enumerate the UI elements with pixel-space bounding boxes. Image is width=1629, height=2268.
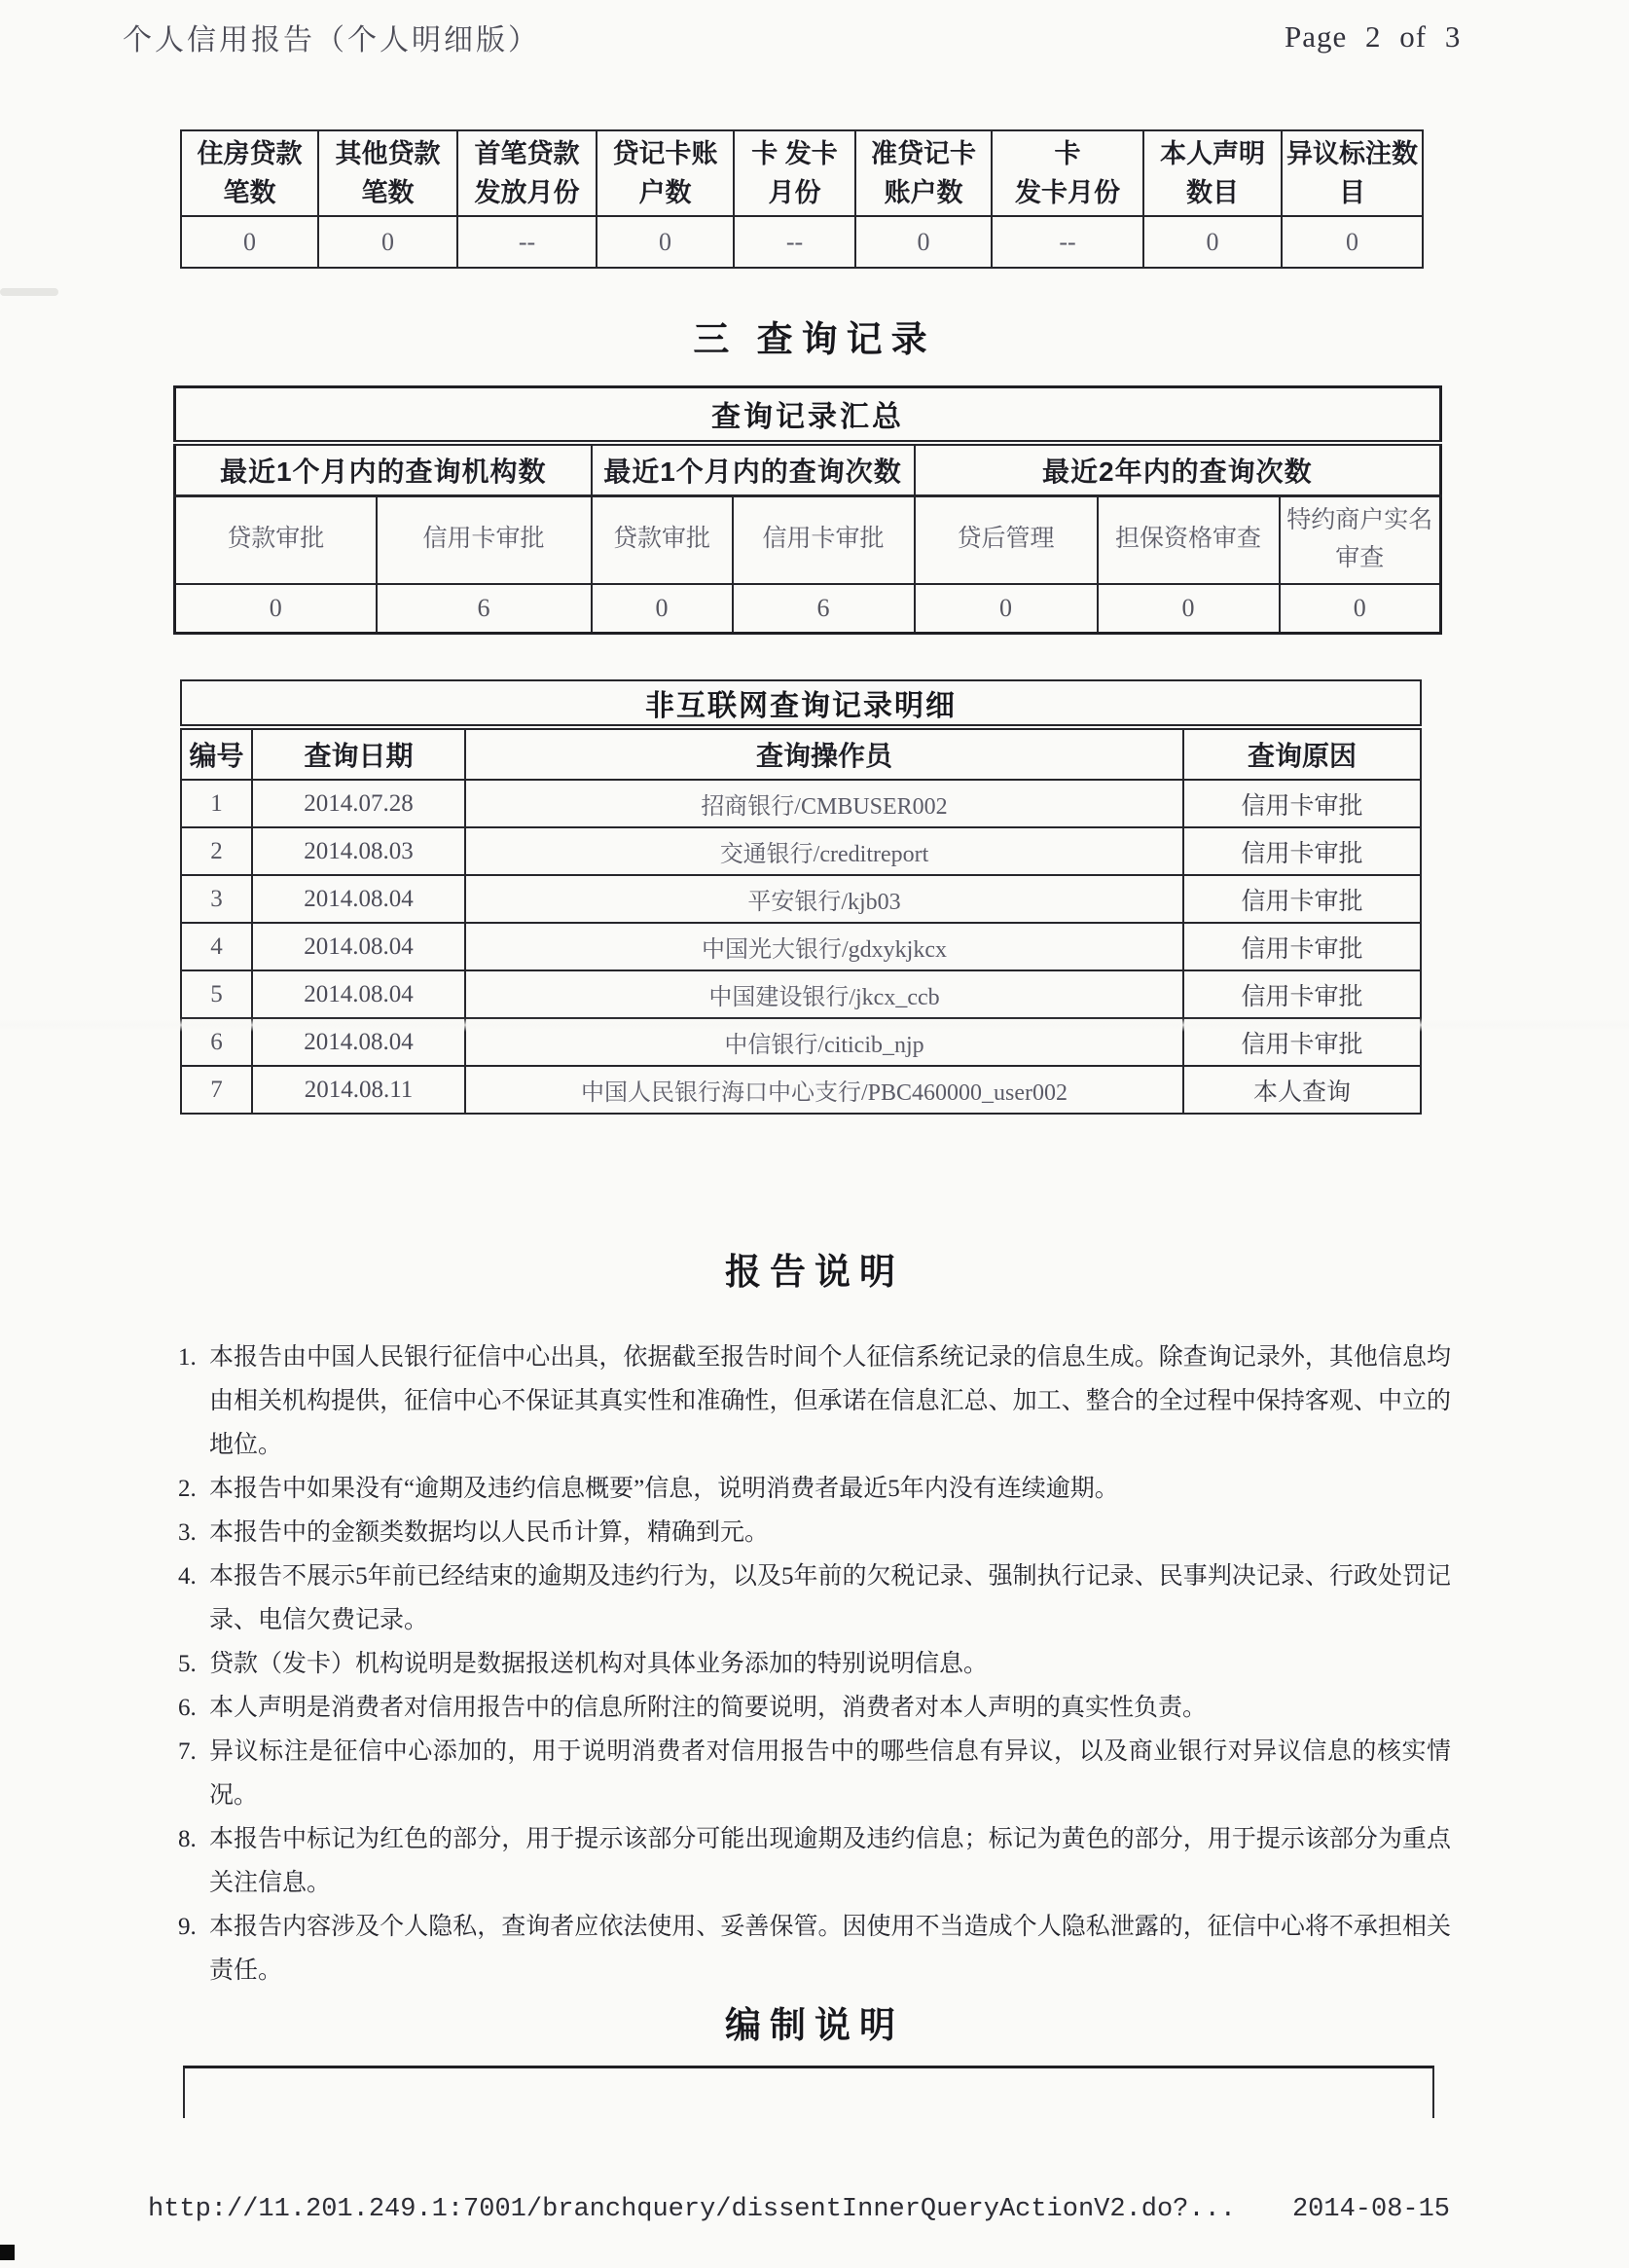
query-reason: 本人查询 — [1183, 1066, 1421, 1114]
table-row: 5 2014.08.04 中国建设银行/jkcx_ccb 信用卡审批 — [181, 970, 1421, 1018]
note-number: 6. — [178, 1686, 197, 1730]
note-text: 本报告中如果没有“逾期及违约信息概要”信息，说明消费者最近5年内没有连续逾期。 — [209, 1476, 1119, 1502]
summary-header-row: 住房贷款 笔数 其他贷款 笔数 首笔贷款 发放月份 贷记卡账 户数 卡 发卡 月… — [181, 130, 1423, 216]
report-note: 2.本报告中如果没有“逾期及违约信息概要”信息，说明消费者最近5年内没有连续逾期… — [178, 1467, 1451, 1511]
sub-header: 贷款审批 — [592, 496, 733, 584]
note-text: 贷款（发卡）机构说明是数据报送机构对具体业务添加的特别说明信息。 — [209, 1651, 988, 1677]
query-operator: 平安银行/kjb03 — [465, 875, 1183, 923]
query-summary-title-row: 查询记录汇总 — [175, 387, 1441, 443]
report-note: 5.贷款（发卡）机构说明是数据报送机构对具体业务添加的特别说明信息。 — [178, 1642, 1451, 1686]
summary-col-header: 卡 发卡 月份 — [734, 130, 855, 216]
query-summary-value-row: 0 6 0 6 0 0 0 — [175, 584, 1441, 634]
table-row: 7 2014.08.11 中国人民银行海口中心支行/PBC460000_user… — [181, 1066, 1421, 1114]
query-operator: 交通银行/creditreport — [465, 827, 1183, 875]
table-row: 2 2014.08.03 交通银行/creditreport 信用卡审批 — [181, 827, 1421, 875]
row-index: 6 — [181, 1018, 252, 1066]
sub-header: 信用卡审批 — [733, 496, 915, 584]
summary-col-header: 异议标注数 目 — [1282, 130, 1423, 216]
table-row: 6 2014.08.04 中信银行/citicib_njp 信用卡审批 — [181, 1018, 1421, 1066]
group-header: 最近1个月内的查询次数 — [592, 443, 915, 496]
query-reason: 信用卡审批 — [1183, 780, 1421, 827]
summary-value: 0 — [1282, 216, 1423, 268]
query-summary-value: 6 — [733, 584, 915, 634]
section-title-query-records: 三 查询记录 — [0, 310, 1629, 362]
row-index: 7 — [181, 1066, 252, 1114]
query-date: 2014.08.03 — [252, 827, 465, 875]
summary-col-header: 贷记卡账 户数 — [597, 130, 734, 216]
summary-value: 0 — [318, 216, 457, 268]
summary-col-header: 住房贷款 笔数 — [181, 130, 318, 216]
row-index: 2 — [181, 827, 252, 875]
report-note: 1.本报告由中国人民银行征信中心出具，依据截至报告时间个人征信系统记录的信息生成… — [178, 1335, 1451, 1467]
query-operator: 中信银行/citicib_njp — [465, 1018, 1183, 1066]
footer-url: http://11.201.249.1:7001/branchquery/dis… — [148, 2195, 1236, 2224]
scan-smudge-artifact — [0, 288, 58, 296]
scan-corner-mark — [0, 2245, 15, 2260]
note-text: 本人声明是消费者对信用报告中的信息所附注的简要说明，消费者对本人声明的真实性负责… — [209, 1695, 1207, 1721]
summary-value: 0 — [181, 216, 318, 268]
section-title-report-notes: 报告说明 — [0, 1242, 1629, 1295]
summary-col-header: 卡 发卡月份 — [992, 130, 1143, 216]
sub-header: 特约商户实名 审查 — [1280, 496, 1441, 584]
sub-header: 信用卡审批 — [377, 496, 592, 584]
detail-col-header: 查询原因 — [1183, 727, 1421, 780]
summary-col-header: 准贷记卡 账户数 — [855, 130, 992, 216]
note-text: 异议标注是征信中心添加的，用于说明消费者对信用报告中的哪些信息有异议，以及商业银… — [209, 1738, 1451, 1809]
sub-header: 担保资格审查 — [1098, 496, 1280, 584]
query-detail-title-row: 非互联网查询记录明细 — [181, 680, 1421, 727]
row-index: 4 — [181, 923, 252, 970]
table-row: 4 2014.08.04 中国光大银行/gdxykjkcx 信用卡审批 — [181, 923, 1421, 970]
sub-header: 贷款审批 — [175, 496, 377, 584]
group-header: 最近1个月内的查询机构数 — [175, 443, 592, 496]
summary-col-header: 其他贷款 笔数 — [318, 130, 457, 216]
summary-value: -- — [992, 216, 1143, 268]
query-summary-value: 0 — [592, 584, 733, 634]
query-operator: 中国人民银行海口中心支行/PBC460000_user002 — [465, 1066, 1183, 1114]
report-note: 8.本报告中标记为红色的部分，用于提示该部分可能出现逾期及违约信息；标记为黄色的… — [178, 1817, 1451, 1905]
query-operator: 中国光大银行/gdxykjkcx — [465, 923, 1183, 970]
query-summary-title: 查询记录汇总 — [175, 387, 1441, 443]
note-number: 8. — [178, 1817, 197, 1861]
note-text: 本报告不展示5年前已经结束的逾期及违约行为，以及5年前的欠税记录、强制执行记录、… — [209, 1563, 1451, 1633]
query-reason: 信用卡审批 — [1183, 875, 1421, 923]
loan-card-summary-table: 住房贷款 笔数 其他贷款 笔数 首笔贷款 发放月份 贷记卡账 户数 卡 发卡 月… — [180, 129, 1424, 269]
query-summary-value: 0 — [175, 584, 377, 634]
summary-value: 0 — [855, 216, 992, 268]
query-detail-title: 非互联网查询记录明细 — [181, 680, 1421, 727]
query-summary-value: 6 — [377, 584, 592, 634]
note-number: 7. — [178, 1730, 197, 1774]
note-text: 本报告内容涉及个人隐私，查询者应依法使用、妥善保管。因使用不当造成个人隐私泄露的… — [209, 1914, 1451, 1984]
query-summary-group-row: 最近1个月内的查询机构数 最近1个月内的查询次数 最近2年内的查询次数 — [175, 443, 1441, 496]
detail-col-header: 编号 — [181, 727, 252, 780]
note-text: 本报告中的金额类数据均以人民币计算，精确到元。 — [209, 1519, 769, 1546]
detail-col-header: 查询日期 — [252, 727, 465, 780]
note-number: 4. — [178, 1555, 197, 1598]
report-note: 4.本报告不展示5年前已经结束的逾期及违约行为，以及5年前的欠税记录、强制执行记… — [178, 1555, 1451, 1642]
report-notes-list: 1.本报告由中国人民银行征信中心出具，依据截至报告时间个人征信系统记录的信息生成… — [178, 1335, 1451, 1993]
report-note: 7.异议标注是征信中心添加的，用于说明消费者对信用报告中的哪些信息有异议，以及商… — [178, 1730, 1451, 1817]
summary-value: 0 — [597, 216, 734, 268]
summary-col-header: 本人声明 数目 — [1143, 130, 1282, 216]
query-summary-value: 0 — [1280, 584, 1441, 634]
query-date: 2014.08.04 — [252, 970, 465, 1018]
query-date: 2014.08.04 — [252, 923, 465, 970]
query-summary-value: 0 — [915, 584, 1098, 634]
table-row: 1 2014.07.28 招商银行/CMBUSER002 信用卡审批 — [181, 780, 1421, 827]
summary-value-row: 0 0 -- 0 -- 0 -- 0 0 — [181, 216, 1423, 268]
credit-report-page: 个人信用报告（个人明细版） Page 2 of 3 住房贷款 笔数 其他贷款 笔… — [0, 0, 1629, 2268]
page-indicator: Page 2 of 3 — [1285, 19, 1461, 55]
detail-col-header: 查询操作员 — [465, 727, 1183, 780]
sub-header: 贷后管理 — [915, 496, 1098, 584]
row-index: 1 — [181, 780, 252, 827]
summary-value: 0 — [1143, 216, 1282, 268]
document-title: 个人信用报告（个人明细版） — [123, 16, 540, 58]
query-reason: 信用卡审批 — [1183, 827, 1421, 875]
note-text: 本报告由中国人民银行征信中心出具，依据截至报告时间个人征信系统记录的信息生成。除… — [209, 1344, 1451, 1458]
query-operator: 中国建设银行/jkcx_ccb — [465, 970, 1183, 1018]
summary-value: -- — [734, 216, 855, 268]
table-row: 3 2014.08.04 平安银行/kjb03 信用卡审批 — [181, 875, 1421, 923]
query-reason: 信用卡审批 — [1183, 923, 1421, 970]
section-title-compilation-notes: 编制说明 — [0, 1995, 1629, 2048]
query-detail-table: 非互联网查询记录明细 编号 查询日期 查询操作员 查询原因 1 2014.07.… — [180, 679, 1422, 1115]
report-note: 9.本报告内容涉及个人隐私，查询者应依法使用、妥善保管。因使用不当造成个人隐私泄… — [178, 1905, 1451, 1993]
query-operator: 招商银行/CMBUSER002 — [465, 780, 1183, 827]
query-summary-value: 0 — [1098, 584, 1280, 634]
query-detail-header-row: 编号 查询日期 查询操作员 查询原因 — [181, 727, 1421, 780]
note-number: 3. — [178, 1511, 197, 1555]
note-number: 2. — [178, 1467, 197, 1511]
summary-col-header: 首笔贷款 发放月份 — [457, 130, 597, 216]
query-date: 2014.08.11 — [252, 1066, 465, 1114]
page-footer: http://11.201.249.1:7001/branchquery/dis… — [148, 2195, 1477, 2224]
note-number: 1. — [178, 1335, 197, 1379]
summary-value: -- — [457, 216, 597, 268]
group-header: 最近2年内的查询次数 — [915, 443, 1441, 496]
compilation-box — [183, 2066, 1434, 2118]
report-note: 3.本报告中的金额类数据均以人民币计算，精确到元。 — [178, 1511, 1451, 1555]
query-summary-table: 查询记录汇总 最近1个月内的查询机构数 最近1个月内的查询次数 最近2年内的查询… — [173, 385, 1442, 635]
query-summary-subheader-row: 贷款审批 信用卡审批 贷款审批 信用卡审批 贷后管理 担保资格审查 特约商户实名… — [175, 496, 1441, 584]
row-index: 5 — [181, 970, 252, 1018]
query-date: 2014.07.28 — [252, 780, 465, 827]
query-reason: 信用卡审批 — [1183, 970, 1421, 1018]
report-note: 6.本人声明是消费者对信用报告中的信息所附注的简要说明，消费者对本人声明的真实性… — [178, 1686, 1451, 1730]
note-number: 5. — [178, 1642, 197, 1686]
footer-date: 2014-08-15 — [1292, 2195, 1450, 2224]
query-reason: 信用卡审批 — [1183, 1018, 1421, 1066]
note-text: 本报告中标记为红色的部分，用于提示该部分可能出现逾期及违约信息；标记为黄色的部分… — [209, 1826, 1451, 1896]
row-index: 3 — [181, 875, 252, 923]
query-date: 2014.08.04 — [252, 875, 465, 923]
note-number: 9. — [178, 1905, 197, 1949]
query-date: 2014.08.04 — [252, 1018, 465, 1066]
